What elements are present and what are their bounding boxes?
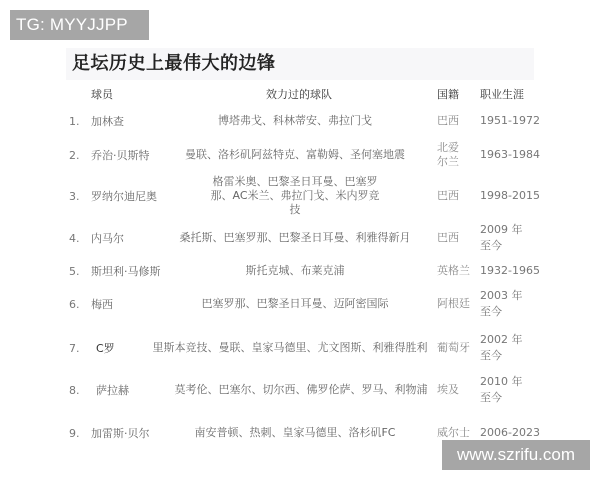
table-row: 6. 梅西 巴塞罗那、巴黎圣日耳曼、迈阿密国际 阿根廷 2003 年至今 [60,288,540,320]
table-row: 2. 乔治·贝斯特 曼联、洛杉矶阿兹特克、富勒姆、圣何塞地震 北爱尔兰 1963… [60,140,540,170]
player-name: 乔治·贝斯特 [91,140,171,170]
player-career: 1963-1984 [480,140,540,170]
rank: 3. [69,178,87,214]
title-bar: 足坛历史上最伟大的边锋 [66,48,534,80]
player-teams: 巴塞罗那、巴黎圣日耳曼、迈阿密国际 [168,288,422,320]
player-teams: 博塔弗戈、科林蒂安、弗拉门戈 [168,110,422,132]
player-name: 梅西 [91,288,171,320]
table-row: 4. 内马尔 桑托斯、巴塞罗那、巴黎圣日耳曼、利雅得新月 巴西 2009 年至今 [60,222,540,254]
player-nationality: 北爱尔兰 [437,140,469,170]
player-career: 2009 年至今 [480,222,528,254]
header-career: 职业生涯 [480,84,524,106]
player-name: 加林查 [91,110,171,132]
rank: 8. [69,374,87,406]
table-row: 1. 加林查 博塔弗戈、科林蒂安、弗拉门戈 巴西 1951-1972 [60,110,540,132]
header-player: 球员 [91,84,113,106]
player-teams: 桑托斯、巴塞罗那、巴黎圣日耳曼、利雅得新月 [168,222,422,254]
player-name: 罗纳尔迪尼奥 [91,178,171,214]
player-teams: 里斯本竞技、曼联、皇家马德里、尤文图斯、利雅得胜利 [140,332,440,364]
player-career: 1951-1972 [480,110,540,132]
player-name: 加雷斯·贝尔 [91,422,171,444]
header-nationality: 国籍 [437,84,459,106]
header-teams: 效力过的球队 [266,84,332,106]
table-row: 5. 斯坦利·马修斯 斯托克城、布莱克浦 英格兰 1932-1965 [60,260,540,282]
player-nationality: 葡萄牙 [437,332,471,364]
player-teams: 南安普顿、热刺、皇家马德里、洛杉矶FC [168,422,422,444]
player-nationality: 阿根廷 [437,288,471,320]
player-nationality: 巴西 [437,222,471,254]
player-nationality: 巴西 [437,178,471,214]
player-nationality: 埃及 [437,374,471,406]
player-teams: 格雷米奥、巴黎圣日耳曼、巴塞罗那、AC米兰、弗拉门戈、米内罗竞技 [168,178,422,214]
player-career: 2002 年至今 [480,332,528,364]
rank: 5. [69,260,87,282]
rank: 9. [69,422,87,444]
table-row: 8. 萨拉赫 莫考伦、巴塞尔、切尔西、佛罗伦萨、罗马、利物浦 埃及 2010 年… [60,374,540,406]
table-row: 7. C罗 里斯本竞技、曼联、皇家马德里、尤文图斯、利雅得胜利 葡萄牙 2002… [60,332,540,364]
rank: 4. [69,222,87,254]
player-teams: 莫考伦、巴塞尔、切尔西、佛罗伦萨、罗马、利物浦 [156,374,446,406]
player-teams: 曼联、洛杉矶阿兹特克、富勒姆、圣何塞地震 [168,140,422,170]
player-career: 1998-2015 [480,178,540,214]
rank: 1. [69,110,87,132]
player-teams: 斯托克城、布莱克浦 [168,260,422,282]
page-title: 足坛历史上最伟大的边锋 [72,52,276,76]
rank: 7. [69,332,87,364]
player-nationality: 巴西 [437,110,471,132]
rank: 6. [69,288,87,320]
rank: 2. [69,140,87,170]
player-name: 内马尔 [91,222,171,254]
player-name: 斯坦利·马修斯 [91,260,171,282]
player-career: 2003 年至今 [480,288,528,320]
table-row: 3. 罗纳尔迪尼奥 格雷米奥、巴黎圣日耳曼、巴塞罗那、AC米兰、弗拉门戈、米内罗… [60,178,540,214]
player-career: 1932-1965 [480,260,540,282]
player-career: 2010 年至今 [480,374,528,406]
watermark-bottom: www.szrifu.com [442,440,590,470]
watermark-top: TG: MYYJJPP [10,10,149,40]
player-nationality: 英格兰 [437,260,471,282]
